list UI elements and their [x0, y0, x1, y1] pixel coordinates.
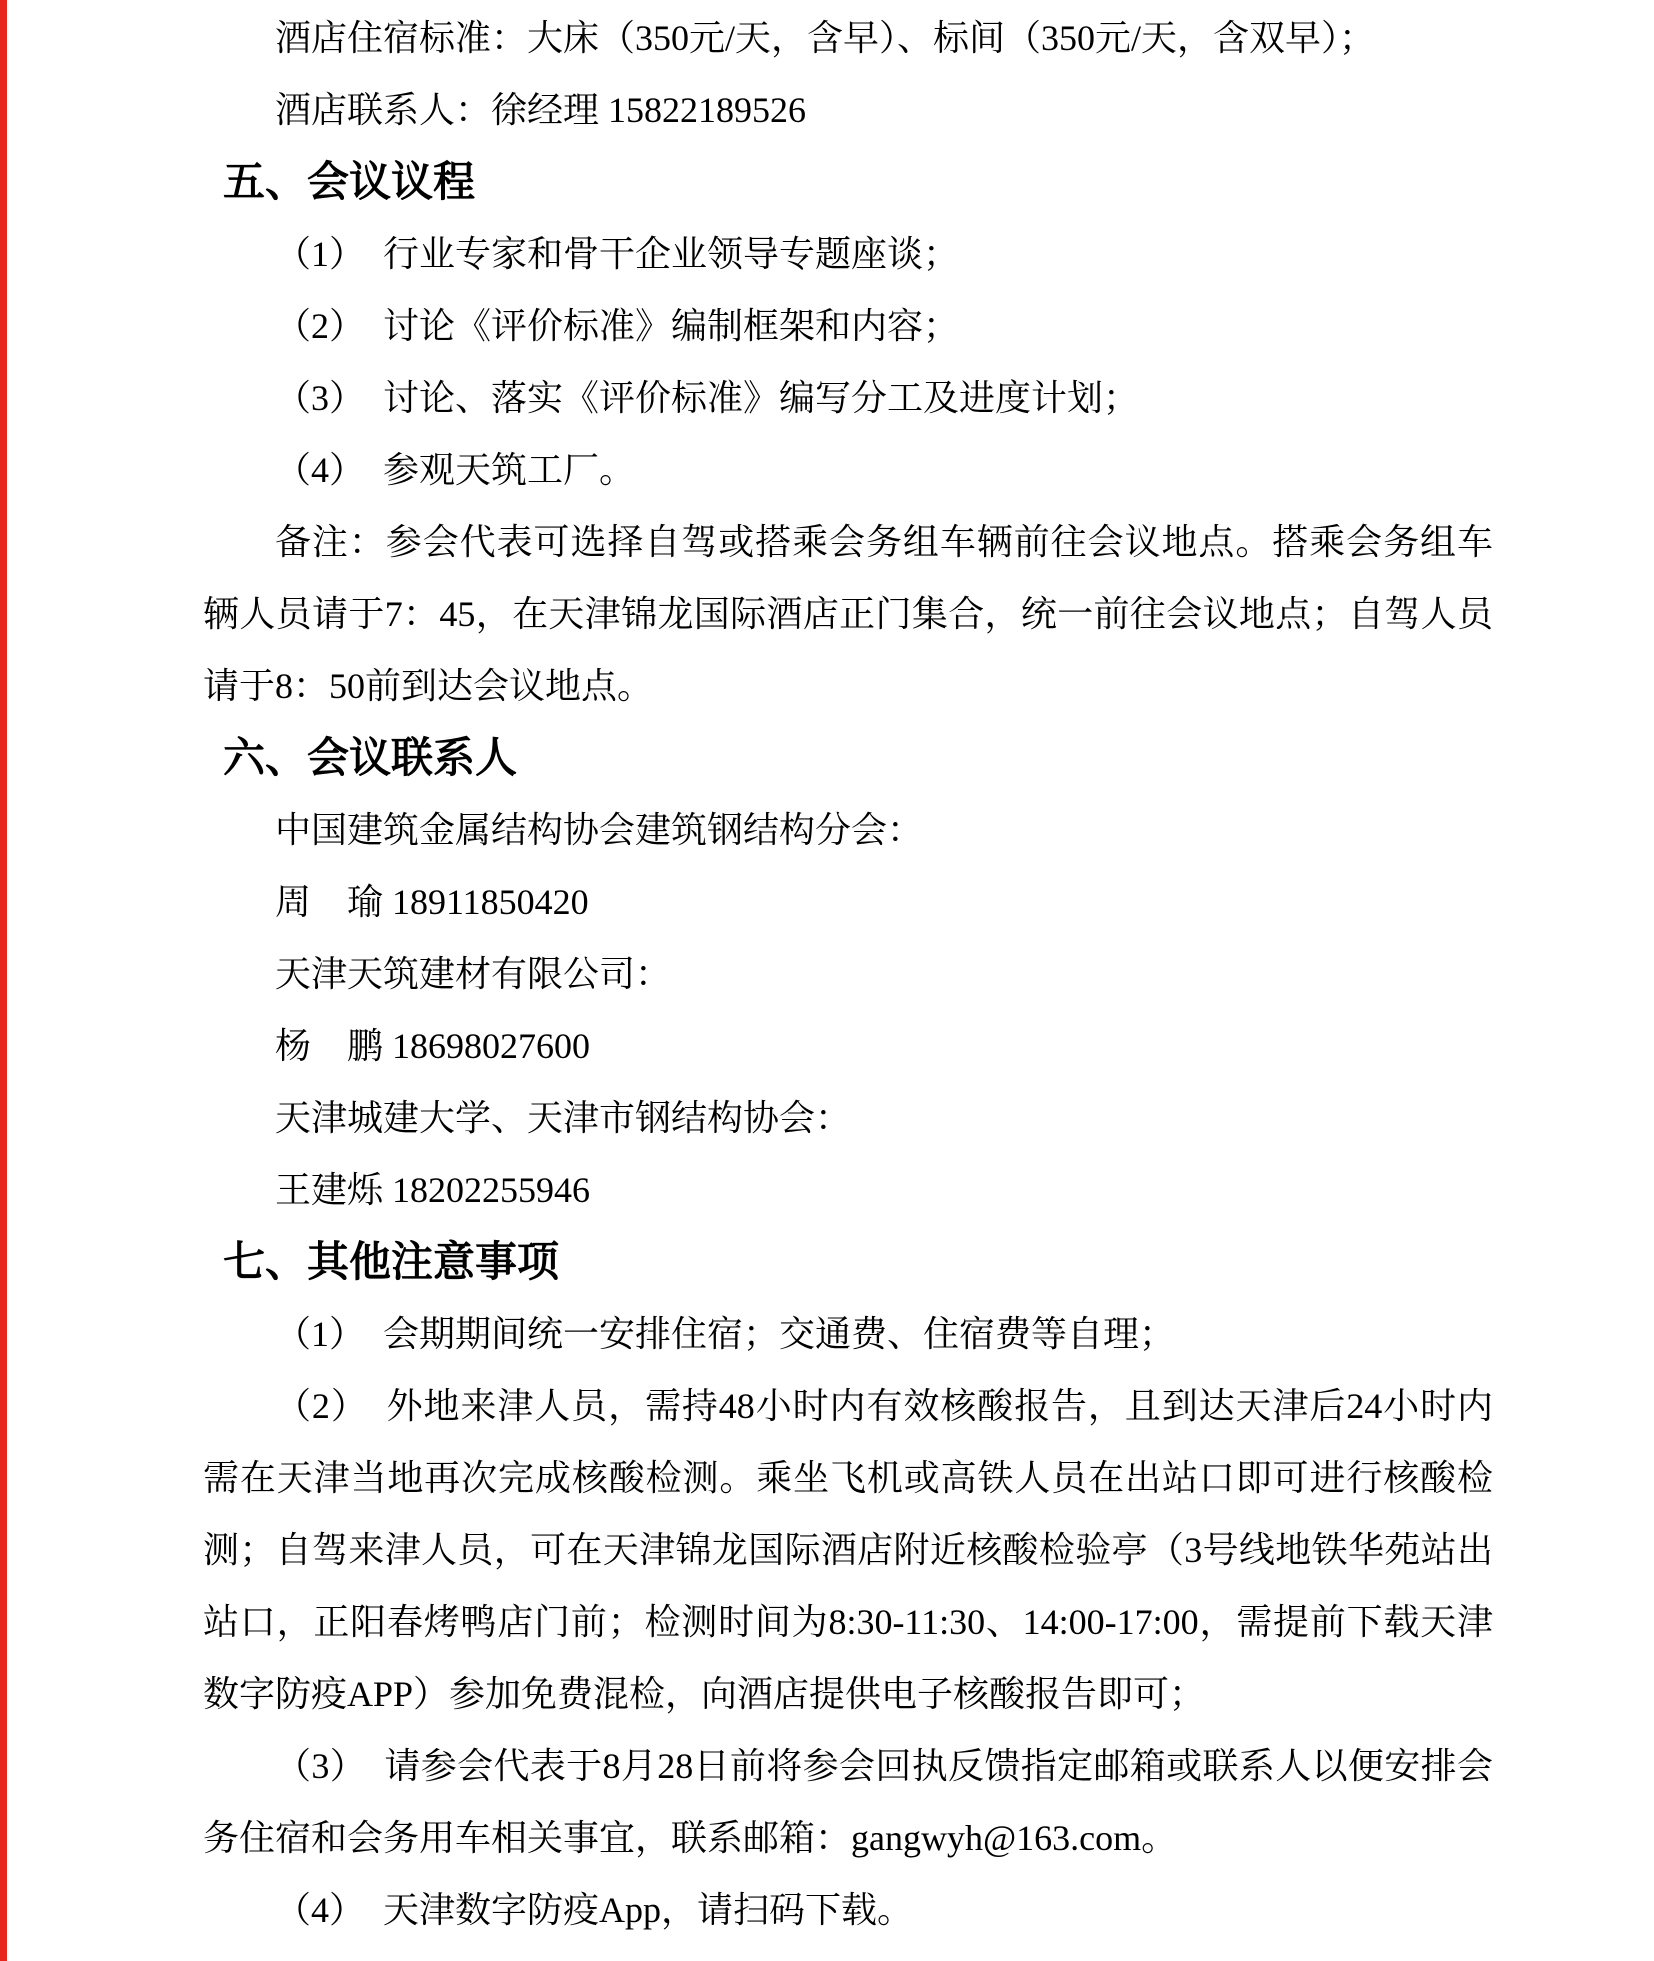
contact-person-zhouyu: 周 瑜 18911850420 [203, 866, 1493, 938]
hotel-standard-line: 酒店住宿标准：大床（350元/天，含早）、标间（350元/天，含双早）； [203, 2, 1493, 74]
notice-item-4: （4） 天津数字防疫App，请扫码下载。 [203, 1874, 1493, 1946]
section-heading-agenda: 五、会议议程 [203, 146, 1493, 218]
contact-org-university: 天津城建大学、天津市钢结构协会： [203, 1082, 1493, 1154]
agenda-item-3: （3） 讨论、落实《评价标准》编写分工及进度计划； [203, 362, 1493, 434]
notice-item-2: （2） 外地来津人员，需持48小时内有效核酸报告，且到达天津后24小时内需在天津… [203, 1370, 1493, 1730]
section-heading-notes: 七、其他注意事项 [203, 1226, 1493, 1298]
agenda-note-paragraph: 备注：参会代表可选择自驾或搭乘会务组车辆前往会议地点。搭乘会务组车辆人员请于7：… [203, 506, 1493, 722]
agenda-item-2: （2） 讨论《评价标准》编制框架和内容； [203, 290, 1493, 362]
notice-item-3: （3） 请参会代表于8月28日前将参会回执反馈指定邮箱或联系人以便安排会务住宿和… [203, 1730, 1493, 1874]
red-margin-rule [0, 0, 7, 1961]
notice-item-1: （1） 会期期间统一安排住宿；交通费、住宿费等自理； [203, 1298, 1493, 1370]
contact-person-wangjianshuo: 王建烁 18202255946 [203, 1154, 1493, 1226]
hotel-contact-line: 酒店联系人：徐经理 15822189526 [203, 74, 1493, 146]
contact-org-tianzhu: 天津天筑建材有限公司： [203, 938, 1493, 1010]
contact-person-yangpeng: 杨 鹏 18698027600 [203, 1010, 1493, 1082]
agenda-item-4: （4） 参观天筑工厂。 [203, 434, 1493, 506]
agenda-item-1: （1） 行业专家和骨干企业领导专题座谈； [203, 218, 1493, 290]
section-heading-contacts: 六、会议联系人 [203, 722, 1493, 794]
contact-org-association: 中国建筑金属结构协会建筑钢结构分会： [203, 794, 1493, 866]
document-page: 酒店住宿标准：大床（350元/天，含早）、标间（350元/天，含双早）； 酒店联… [203, 2, 1493, 1946]
